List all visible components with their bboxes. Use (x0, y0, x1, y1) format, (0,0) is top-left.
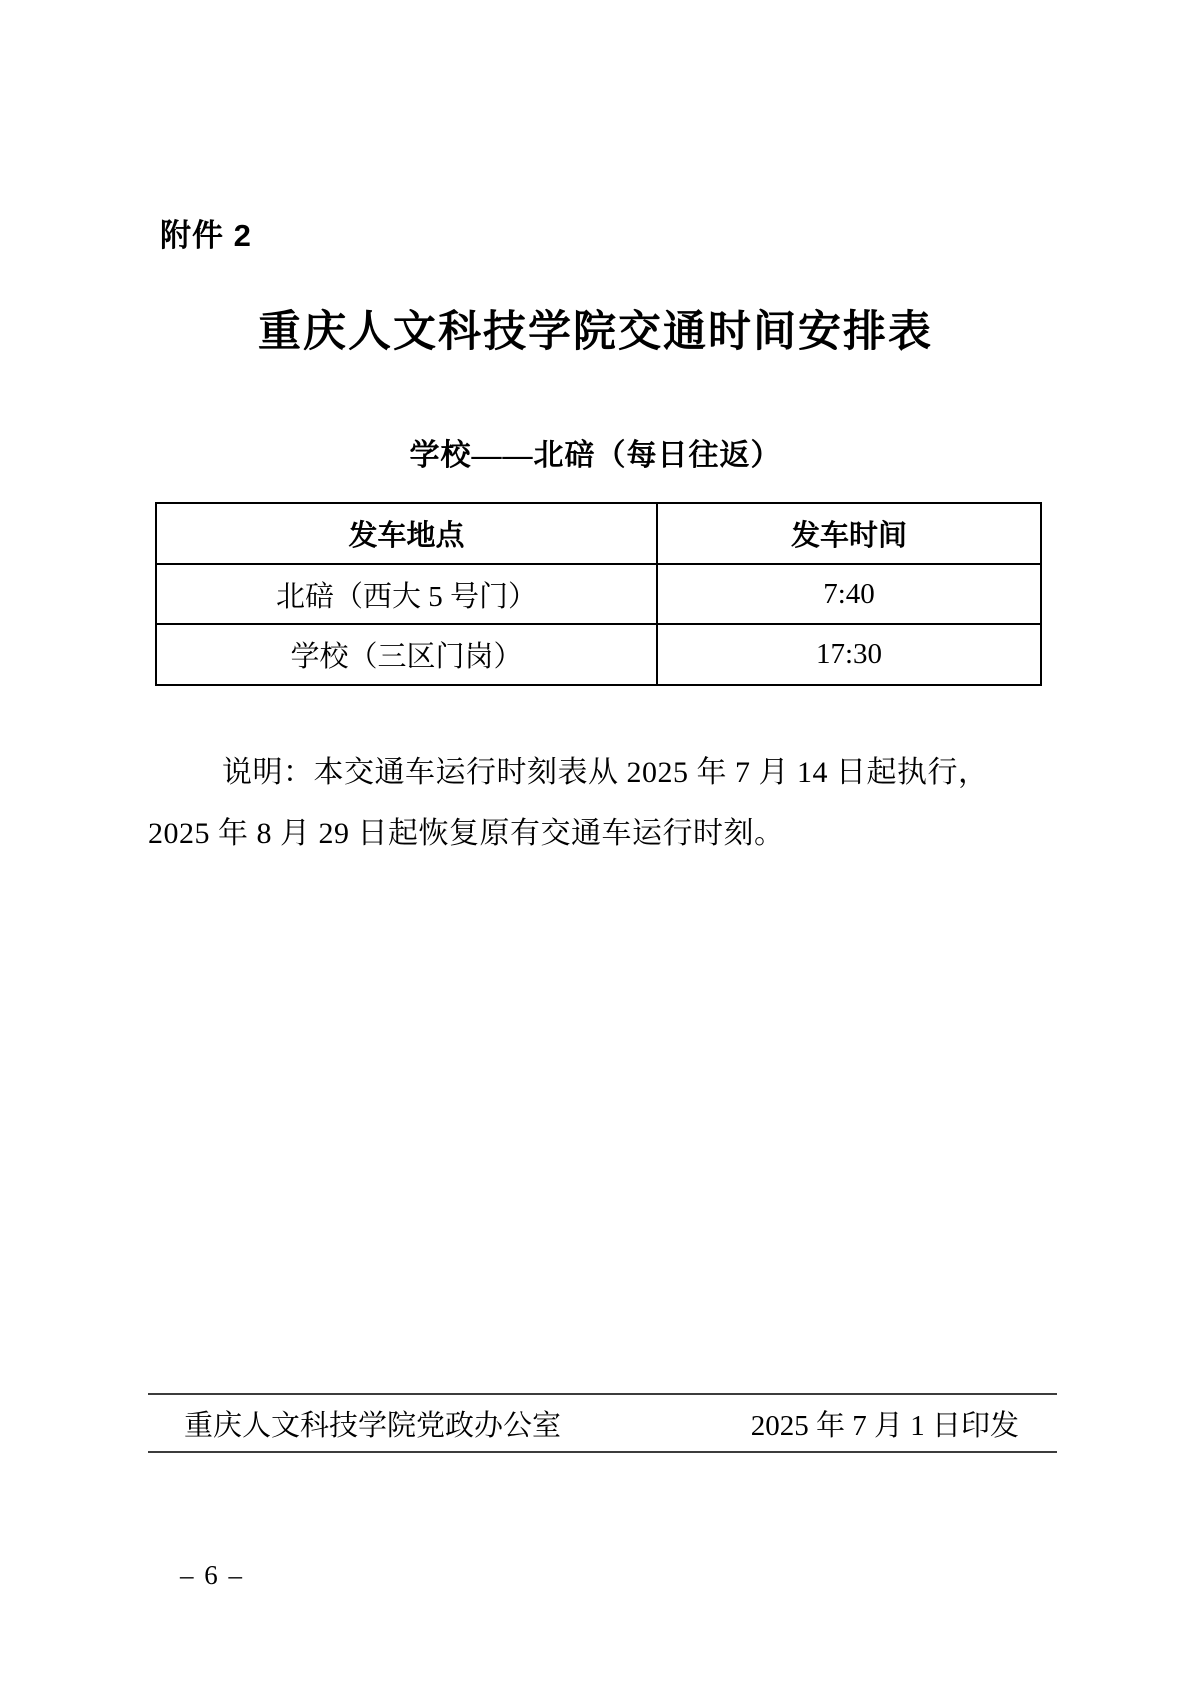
footer-imprint: 重庆人文科技学院党政办公室 2025 年 7 月 1 日印发 (148, 1393, 1057, 1453)
document-title: 重庆人文科技学院交通时间安排表 (0, 298, 1191, 359)
table-row: 北碚（西大 5 号门） 7:40 (156, 564, 1041, 624)
footer-issue-date: 2025 年 7 月 1 日印发 (751, 1403, 1019, 1444)
table-row: 学校（三区门岗） 17:30 (156, 624, 1041, 685)
footer-issuer: 重庆人文科技学院党政办公室 (184, 1403, 561, 1444)
header-departure-time: 发车时间 (657, 503, 1041, 564)
cell-time: 7:40 (657, 564, 1041, 624)
document-page: 附件 2 重庆人文科技学院交通时间安排表 学校——北碚（每日往返） 发车地点 发… (0, 0, 1191, 1684)
cell-time: 17:30 (657, 624, 1041, 685)
page-number: – 6 – (180, 1560, 244, 1591)
schedule-table: 发车地点 发车时间 北碚（西大 5 号门） 7:40 学校（三区门岗） 17:3… (155, 502, 1042, 686)
cell-place: 北碚（西大 5 号门） (156, 564, 657, 624)
header-departure-place: 发车地点 (156, 503, 657, 564)
section-title: 学校——北碚（每日往返） (0, 430, 1191, 474)
table-header-row: 发车地点 发车时间 (156, 503, 1041, 564)
attachment-label: 附件 2 (160, 210, 252, 255)
cell-place: 学校（三区门岗） (156, 624, 657, 685)
note-paragraph: 说明：本交通车运行时刻表从 2025 年 7 月 14 日起执行， 2025 年… (148, 742, 1008, 864)
note-line-1: 说明：本交通车运行时刻表从 2025 年 7 月 14 日起执行， (148, 742, 1008, 803)
note-line-2: 2025 年 8 月 29 日起恢复原有交通车运行时刻。 (148, 803, 1008, 864)
